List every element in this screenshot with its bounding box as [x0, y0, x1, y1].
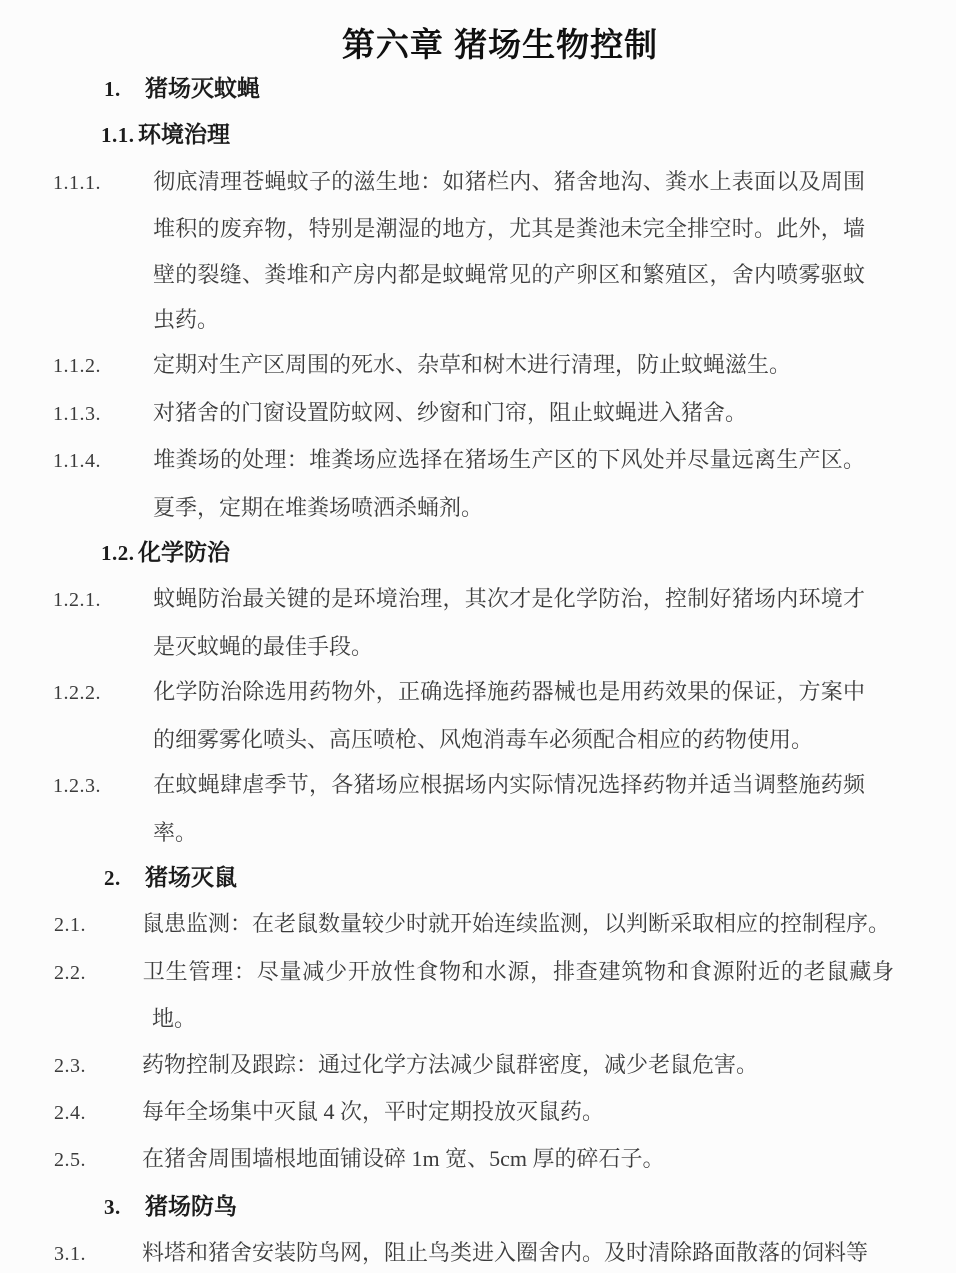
list-item: 2.猪场灭鼠 [0, 855, 956, 901]
item-text: 在蚊蝇肆虐季节，各猪场应根据场内实际情况选择药物并适当调整施药频率。 [153, 772, 865, 844]
page-title: 第六章 猪场生物控制 [0, 0, 956, 66]
item-number: 2.2. [103, 951, 142, 996]
item-number: 1.2. [101, 531, 138, 576]
item-text: 化学防治 [138, 540, 230, 565]
item-number: 3. [104, 1185, 145, 1230]
item-text: 彻底清理苍蝇蚊子的滋生地：如猪栏内、猪舍地沟、粪水上表面以及周围堆积的废弃物，特… [153, 169, 865, 332]
item-number: 2.5. [103, 1138, 142, 1183]
list-item: 3.猪场防鸟 [0, 1184, 956, 1230]
item-text: 猪场灭蚊蝇 [145, 76, 260, 101]
item-number: 1.1.3. [103, 392, 153, 437]
list-item: 2.2.卫生管理：尽量减少开放性食物和水源，排查建筑物和食源附近的老鼠藏身地。 [0, 949, 894, 1042]
list-item: 1.1.3.对猪舍的门窗设置防蚊网、纱窗和门帘，阻止蚊蝇进入猪舍。 [0, 390, 865, 437]
item-number: 1.2.1. [103, 578, 153, 623]
list-item: 1.1.4.堆粪场的处理：堆粪场应选择在猪场生产区的下风处并尽量远离生产区。夏季… [0, 437, 865, 530]
item-text: 猪场灭鼠 [145, 865, 237, 890]
document-body: 1.猪场灭蚊蝇 1.1.环境治理 1.1.1.彻底清理苍蝇蚊子的滋生地：如猪栏内… [0, 66, 956, 1273]
list-item: 1.1.环境治理 [0, 112, 956, 158]
list-item: 3.1.料塔和猪舍安装防鸟网，阻止鸟类进入圈舍内。及时清除路面散落的饲料等 [0, 1230, 894, 1273]
item-text: 每年全场集中灭鼠 4 次，平时定期投放灭鼠药。 [142, 1099, 604, 1124]
item-text: 蚊蝇防治最关键的是环境治理，其次才是化学防治，控制好猪场内环境才是灭蚊蝇的最佳手… [153, 586, 865, 658]
item-text: 对猪舍的门窗设置防蚊网、纱窗和门帘，阻止蚊蝇进入猪舍。 [153, 400, 747, 425]
item-number: 1.2.3. [103, 764, 153, 809]
item-text: 定期对生产区周围的死水、杂草和树木进行清理，防止蚊蝇滋生。 [153, 352, 791, 377]
item-number: 1.1.4. [103, 439, 153, 484]
item-text: 卫生管理：尽量减少开放性食物和水源，排查建筑物和食源附近的老鼠藏身地。 [142, 959, 894, 1031]
item-number: 1. [104, 67, 145, 112]
list-item: 1.2.化学防治 [0, 530, 956, 576]
item-text: 药物控制及跟踪：通过化学方法减少鼠群密度，减少老鼠危害。 [142, 1052, 758, 1077]
item-text: 堆粪场的处理：堆粪场应选择在猪场生产区的下风处并尽量远离生产区。夏季，定期在堆粪… [153, 447, 865, 519]
item-number: 1.1.2. [103, 344, 153, 389]
item-number: 2.1. [103, 903, 142, 948]
item-number: 2.3. [103, 1044, 142, 1089]
list-item: 1.1.2.定期对生产区周围的死水、杂草和树木进行清理，防止蚊蝇滋生。 [0, 342, 865, 389]
list-item: 1.1.1.彻底清理苍蝇蚊子的滋生地：如猪栏内、猪舍地沟、粪水上表面以及周围堆积… [0, 159, 865, 343]
item-number: 1.1.1. [103, 161, 153, 206]
list-item: 1.猪场灭蚊蝇 [0, 66, 956, 112]
list-item: 2.5.在猪舍周围墙根地面铺设碎 1m 宽、5cm 厚的碎石子。 [0, 1136, 894, 1183]
item-text: 化学防治除选用药物外，正确选择施药器械也是用药效果的保证，方案中的细雾雾化喷头、… [153, 679, 865, 751]
item-text: 鼠患监测：在老鼠数量较少时就开始连续监测，以判断采取相应的控制程序。 [142, 911, 890, 936]
list-item: 2.3.药物控制及跟踪：通过化学方法减少鼠群密度，减少老鼠危害。 [0, 1042, 894, 1089]
item-number: 3.1. [103, 1232, 142, 1273]
item-text: 环境治理 [138, 122, 230, 147]
list-item: 1.2.2.化学防治除选用药物外，正确选择施药器械也是用药效果的保证，方案中的细… [0, 669, 865, 762]
item-text: 料塔和猪舍安装防鸟网，阻止鸟类进入圈舍内。及时清除路面散落的饲料等 [142, 1240, 868, 1265]
list-item: 1.2.1.蚊蝇防治最关键的是环境治理，其次才是化学防治，控制好猪场内环境才是灭… [0, 576, 865, 669]
item-number: 2. [104, 856, 145, 901]
list-item: 1.2.3.在蚊蝇肆虐季节，各猪场应根据场内实际情况选择药物并适当调整施药频率。 [0, 762, 865, 855]
list-item: 2.4.每年全场集中灭鼠 4 次，平时定期投放灭鼠药。 [0, 1089, 894, 1136]
item-number: 1.2.2. [103, 671, 153, 716]
item-text: 在猪舍周围墙根地面铺设碎 1m 宽、5cm 厚的碎石子。 [142, 1146, 665, 1171]
item-text: 猪场防鸟 [145, 1194, 237, 1219]
list-item: 2.1.鼠患监测：在老鼠数量较少时就开始连续监测，以判断采取相应的控制程序。 [0, 901, 894, 948]
item-number: 1.1. [101, 113, 138, 158]
document-page: 第六章 猪场生物控制 1.猪场灭蚊蝇 1.1.环境治理 1.1.1.彻底清理苍蝇… [0, 0, 956, 1273]
item-number: 2.4. [103, 1091, 142, 1136]
